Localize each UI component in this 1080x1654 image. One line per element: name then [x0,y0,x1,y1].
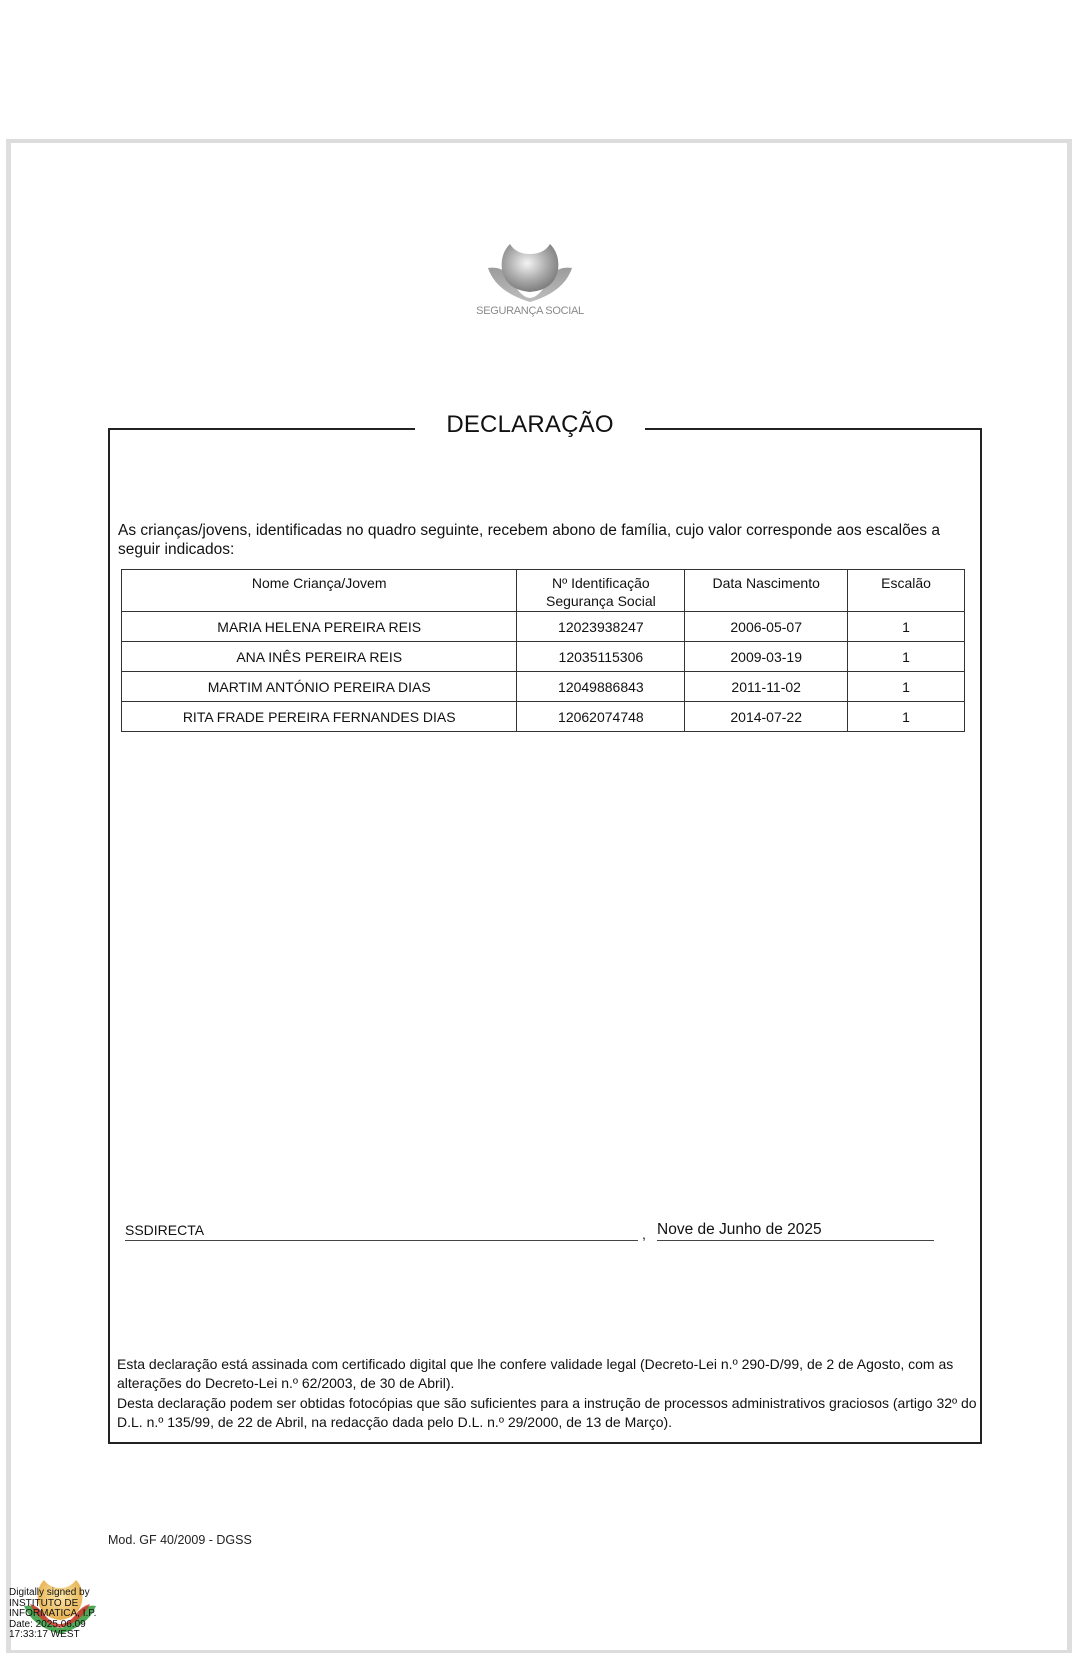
model-reference: Mod. GF 40/2009 - DGSS [108,1533,252,1547]
table-row: MARTIM ANTÓNIO PEREIRA DIAS 12049886843 … [122,672,965,702]
child-name: MARIA HELENA PEREIRA REIS [122,612,517,642]
signature-line: Digitally signed by [9,1588,96,1599]
child-birth-date: 2009-03-19 [685,642,848,672]
table-row: ANA INÊS PEREIRA REIS 12035115306 2009-0… [122,642,965,672]
digital-signature-text: Digitally signed by INSTITUTO DE INFORMA… [9,1588,96,1641]
logo-text: SEGURANÇA SOCIAL [470,305,590,317]
child-birth-date: 2014-07-22 [685,702,848,732]
table-header-row: Nome Criança/Jovem Nº Identificação Segu… [122,570,965,612]
signature-line: INFORMATICA, I.P. [9,1609,96,1620]
page-title: DECLARAÇÃO [415,411,645,439]
header-niss: Nº Identificação Segurança Social [517,570,685,612]
header-name: Nome Criança/Jovem [122,570,517,612]
child-niss: 12049886843 [517,672,685,702]
child-birth-date: 2011-11-02 [685,672,848,702]
child-escalao: 1 [848,642,965,672]
child-birth-date: 2006-05-07 [685,612,848,642]
legal-paragraph: Esta declaração está assinada com certif… [117,1355,977,1392]
child-niss: 12023938247 [517,612,685,642]
children-table: Nome Criança/Jovem Nº Identificação Segu… [121,569,965,732]
header-birth-date: Data Nascimento [685,570,848,612]
child-escalao: 1 [848,702,965,732]
signature-date: Nove de Junho de 2025 [657,1221,934,1241]
child-niss: 12035115306 [517,642,685,672]
child-escalao: 1 [848,672,965,702]
table-row: RITA FRADE PEREIRA FERNANDES DIAS 120620… [122,702,965,732]
child-escalao: 1 [848,612,965,642]
table-row: MARIA HELENA PEREIRA REIS 12023938247 20… [122,612,965,642]
legal-notice: Esta declaração está assinada com certif… [117,1355,977,1433]
child-name: RITA FRADE PEREIRA FERNANDES DIAS [122,702,517,732]
legal-paragraph: Desta declaração podem ser obtidas fotoc… [117,1394,977,1431]
child-name: MARTIM ANTÓNIO PEREIRA DIAS [122,672,517,702]
intro-text: As crianças/jovens, identificadas no qua… [118,521,978,559]
child-name: ANA INÊS PEREIRA REIS [122,642,517,672]
signature-place: SSDIRECTA [125,1222,638,1241]
header-escalao: Escalão [848,570,965,612]
signature-separator: , [642,1226,646,1242]
child-niss: 12062074748 [517,702,685,732]
signature-line: 17:33:17 WEST [9,1630,96,1641]
